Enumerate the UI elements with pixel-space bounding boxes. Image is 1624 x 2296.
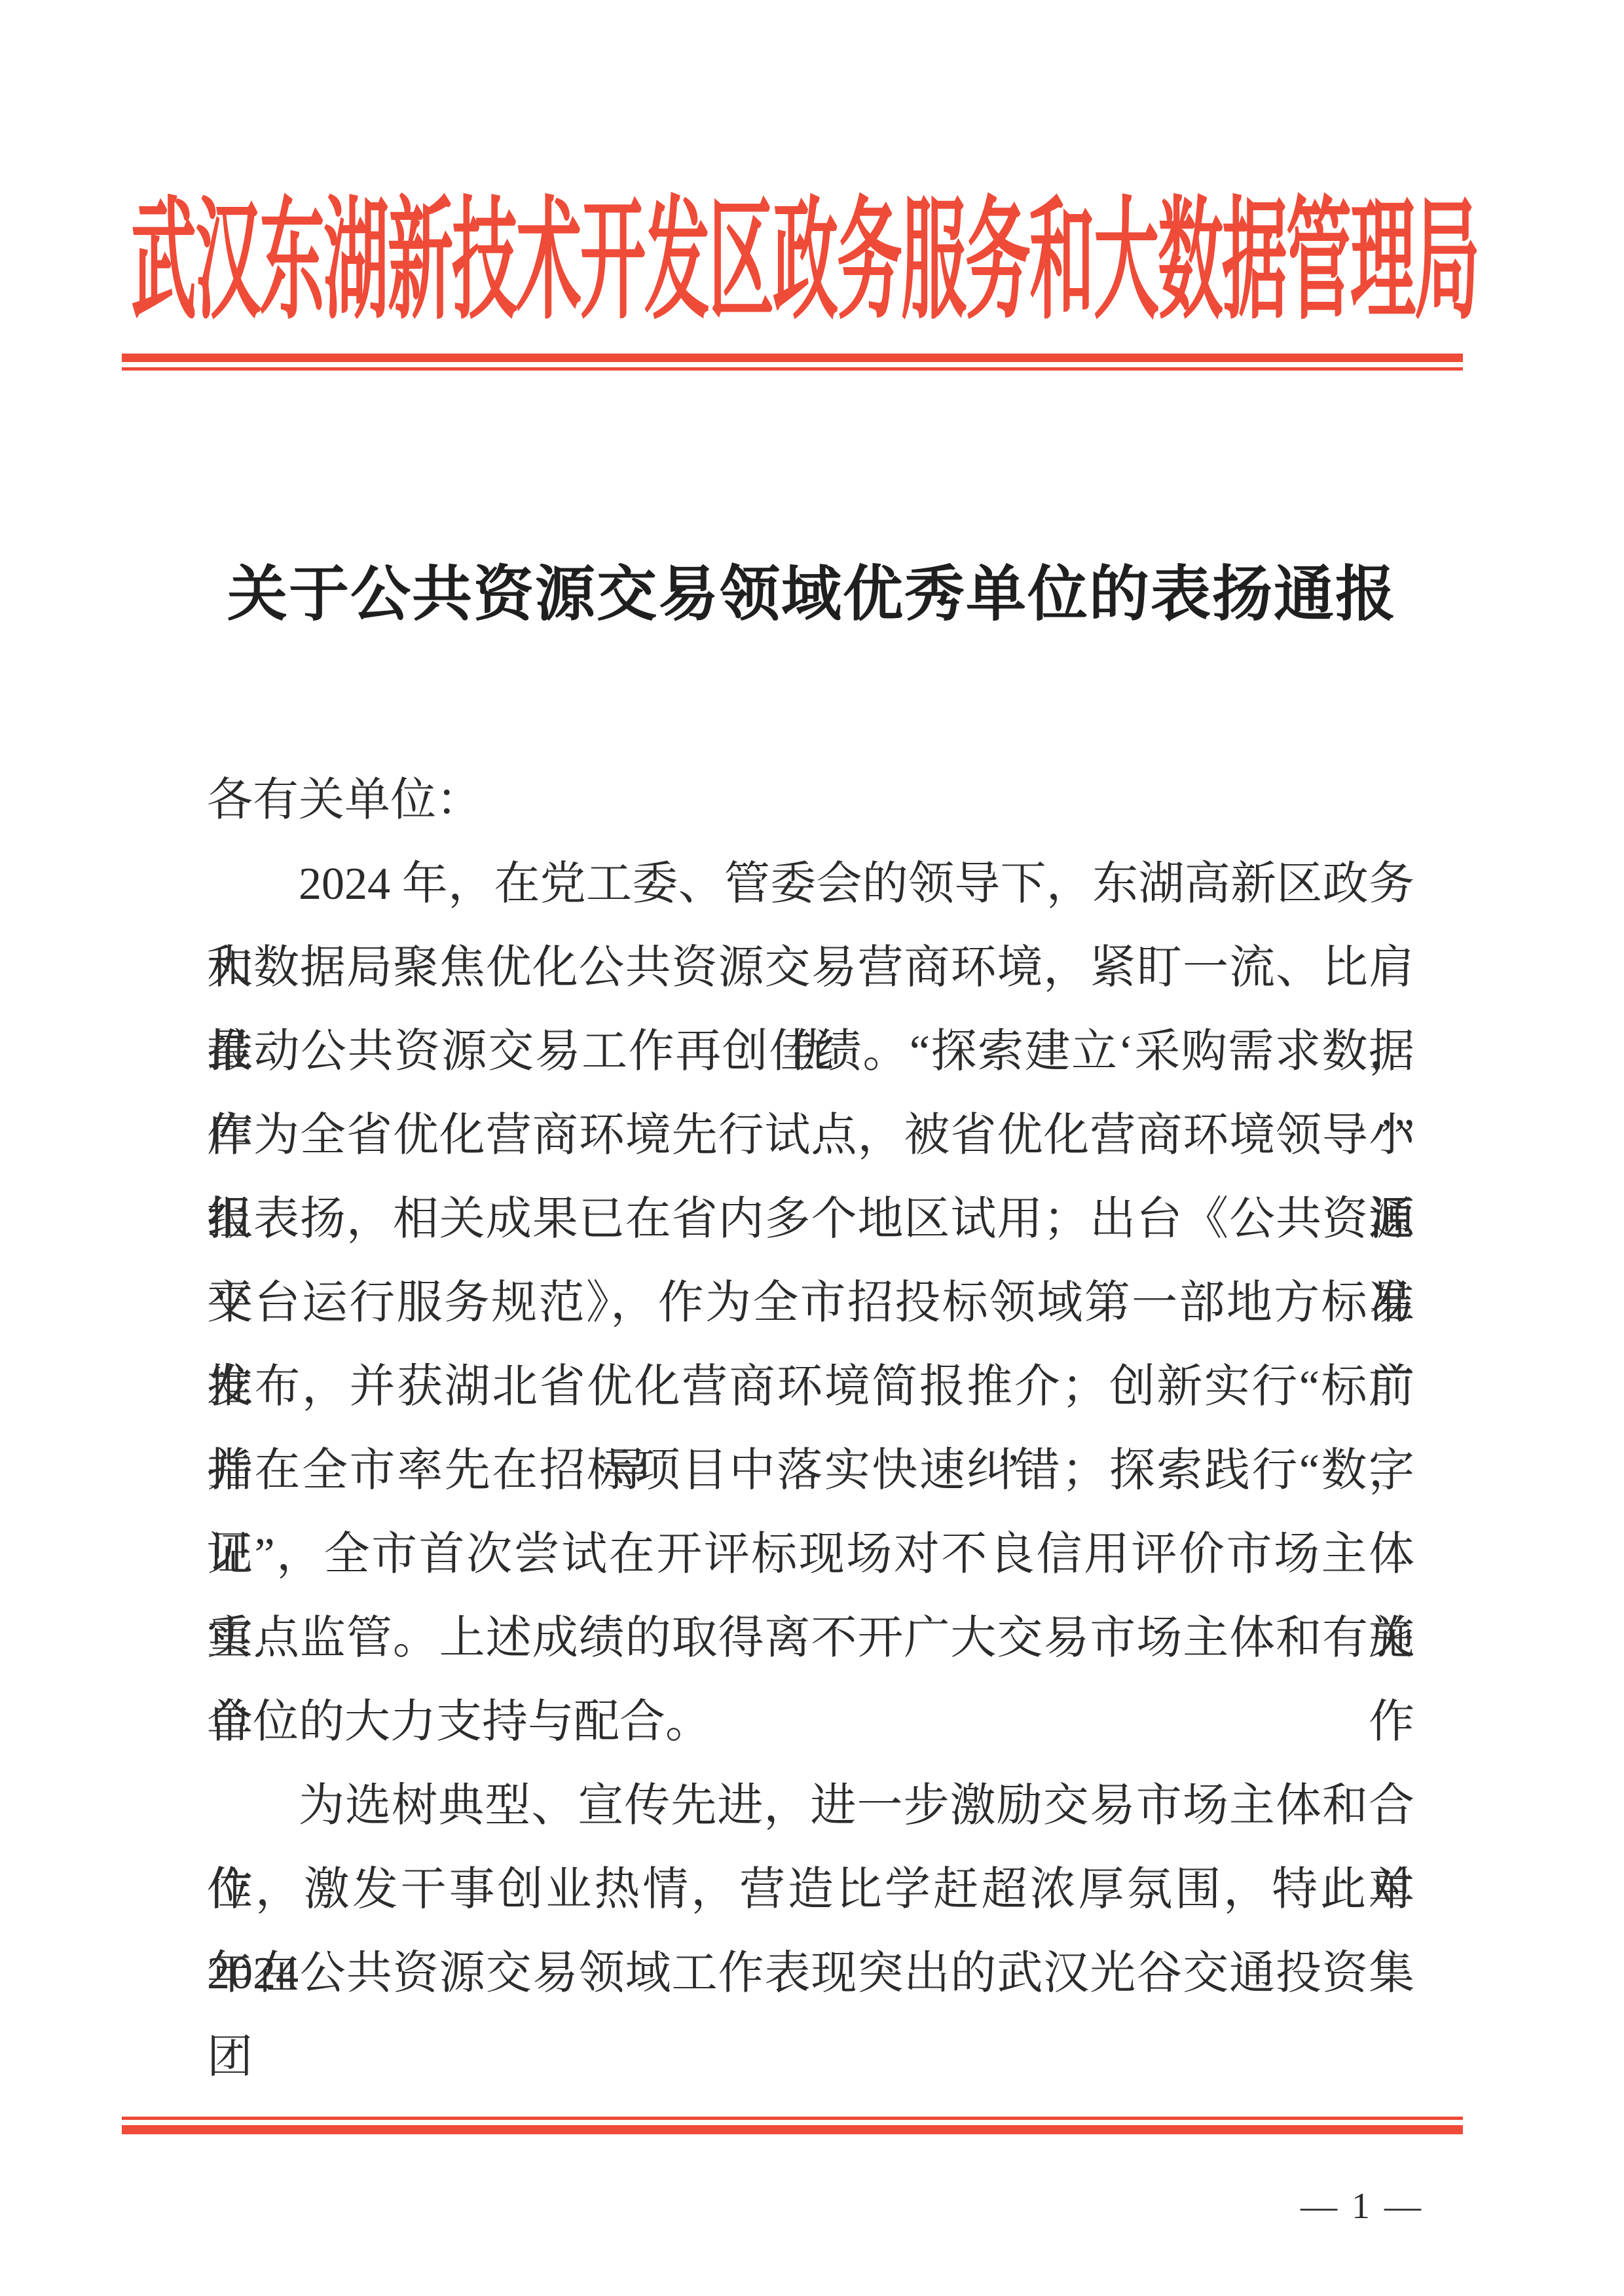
document-body: 各有关单位： 2024 年，在党工委、管委会的领导下，东湖高新区政务和 大数据局… xyxy=(207,759,1414,2016)
body-line: 重点监管。上述成绩的取得离不开广大交易市场主体和有关合作 xyxy=(207,1597,1414,1681)
body-line: 平台运行服务规范》，作为全市招投标领域第一部地方标准推广 xyxy=(207,1262,1414,1345)
header-separator-thin-line xyxy=(122,367,1463,371)
body-line: 证”，全市首次尝试在开评标现场对不良信用评价市场主体实施 xyxy=(207,1513,1414,1597)
document-title: 关于公共资源交易领域优秀单位的表扬通报 xyxy=(0,562,1624,628)
body-line: 并在全市率先在招标项目中落实快速纠错；探索践行“数字见 xyxy=(207,1429,1414,1513)
body-line: 2024 年，在党工委、管委会的领导下，东湖高新区政务和 xyxy=(207,843,1414,926)
footer-separator-thick-line xyxy=(122,2125,1463,2134)
body-line: 位，激发干事创业热情，营造比学赶超浓厚氛围，特此对 2024 xyxy=(207,1848,1414,1932)
body-line: 推动公共资源交易工作再创佳绩。“探索建立‘采购需求数据库’” xyxy=(207,1010,1414,1094)
salutation: 各有关单位： xyxy=(207,759,1414,843)
body-line: 作为全省优化营商环境先行试点，被省优化营商环境领导小组通 xyxy=(207,1094,1414,1178)
letterhead-org-name: 武汉东湖新技术开发区政务服务和大数据管理局 xyxy=(131,196,1451,329)
body-line: 大数据局聚焦优化公共资源交易营商环境，紧盯一流、比肩最优， xyxy=(207,926,1414,1010)
body-line: 为选树典型、宣传先进，进一步激励交易市场主体和合作单 xyxy=(207,1764,1414,1848)
body-line: 发布，并获湖北省优化营商环境简报推介；创新实行“标前指导”， xyxy=(207,1345,1414,1429)
body-line: 报表扬，相关成果已在省内多个地区试用；出台《公共资源交易 xyxy=(207,1178,1414,1262)
header-separator-thick-line xyxy=(122,354,1463,362)
page-number: — 1 — xyxy=(1270,2185,1454,2227)
document-page: 武汉东湖新技术开发区政务服务和大数据管理局 关于公共资源交易领域优秀单位的表扬通… xyxy=(0,0,1624,2296)
body-line: 年在公共资源交易领域工作表现突出的武汉光谷交通投资集团 xyxy=(207,1932,1414,2016)
footer-separator-thin-line xyxy=(122,2117,1463,2120)
